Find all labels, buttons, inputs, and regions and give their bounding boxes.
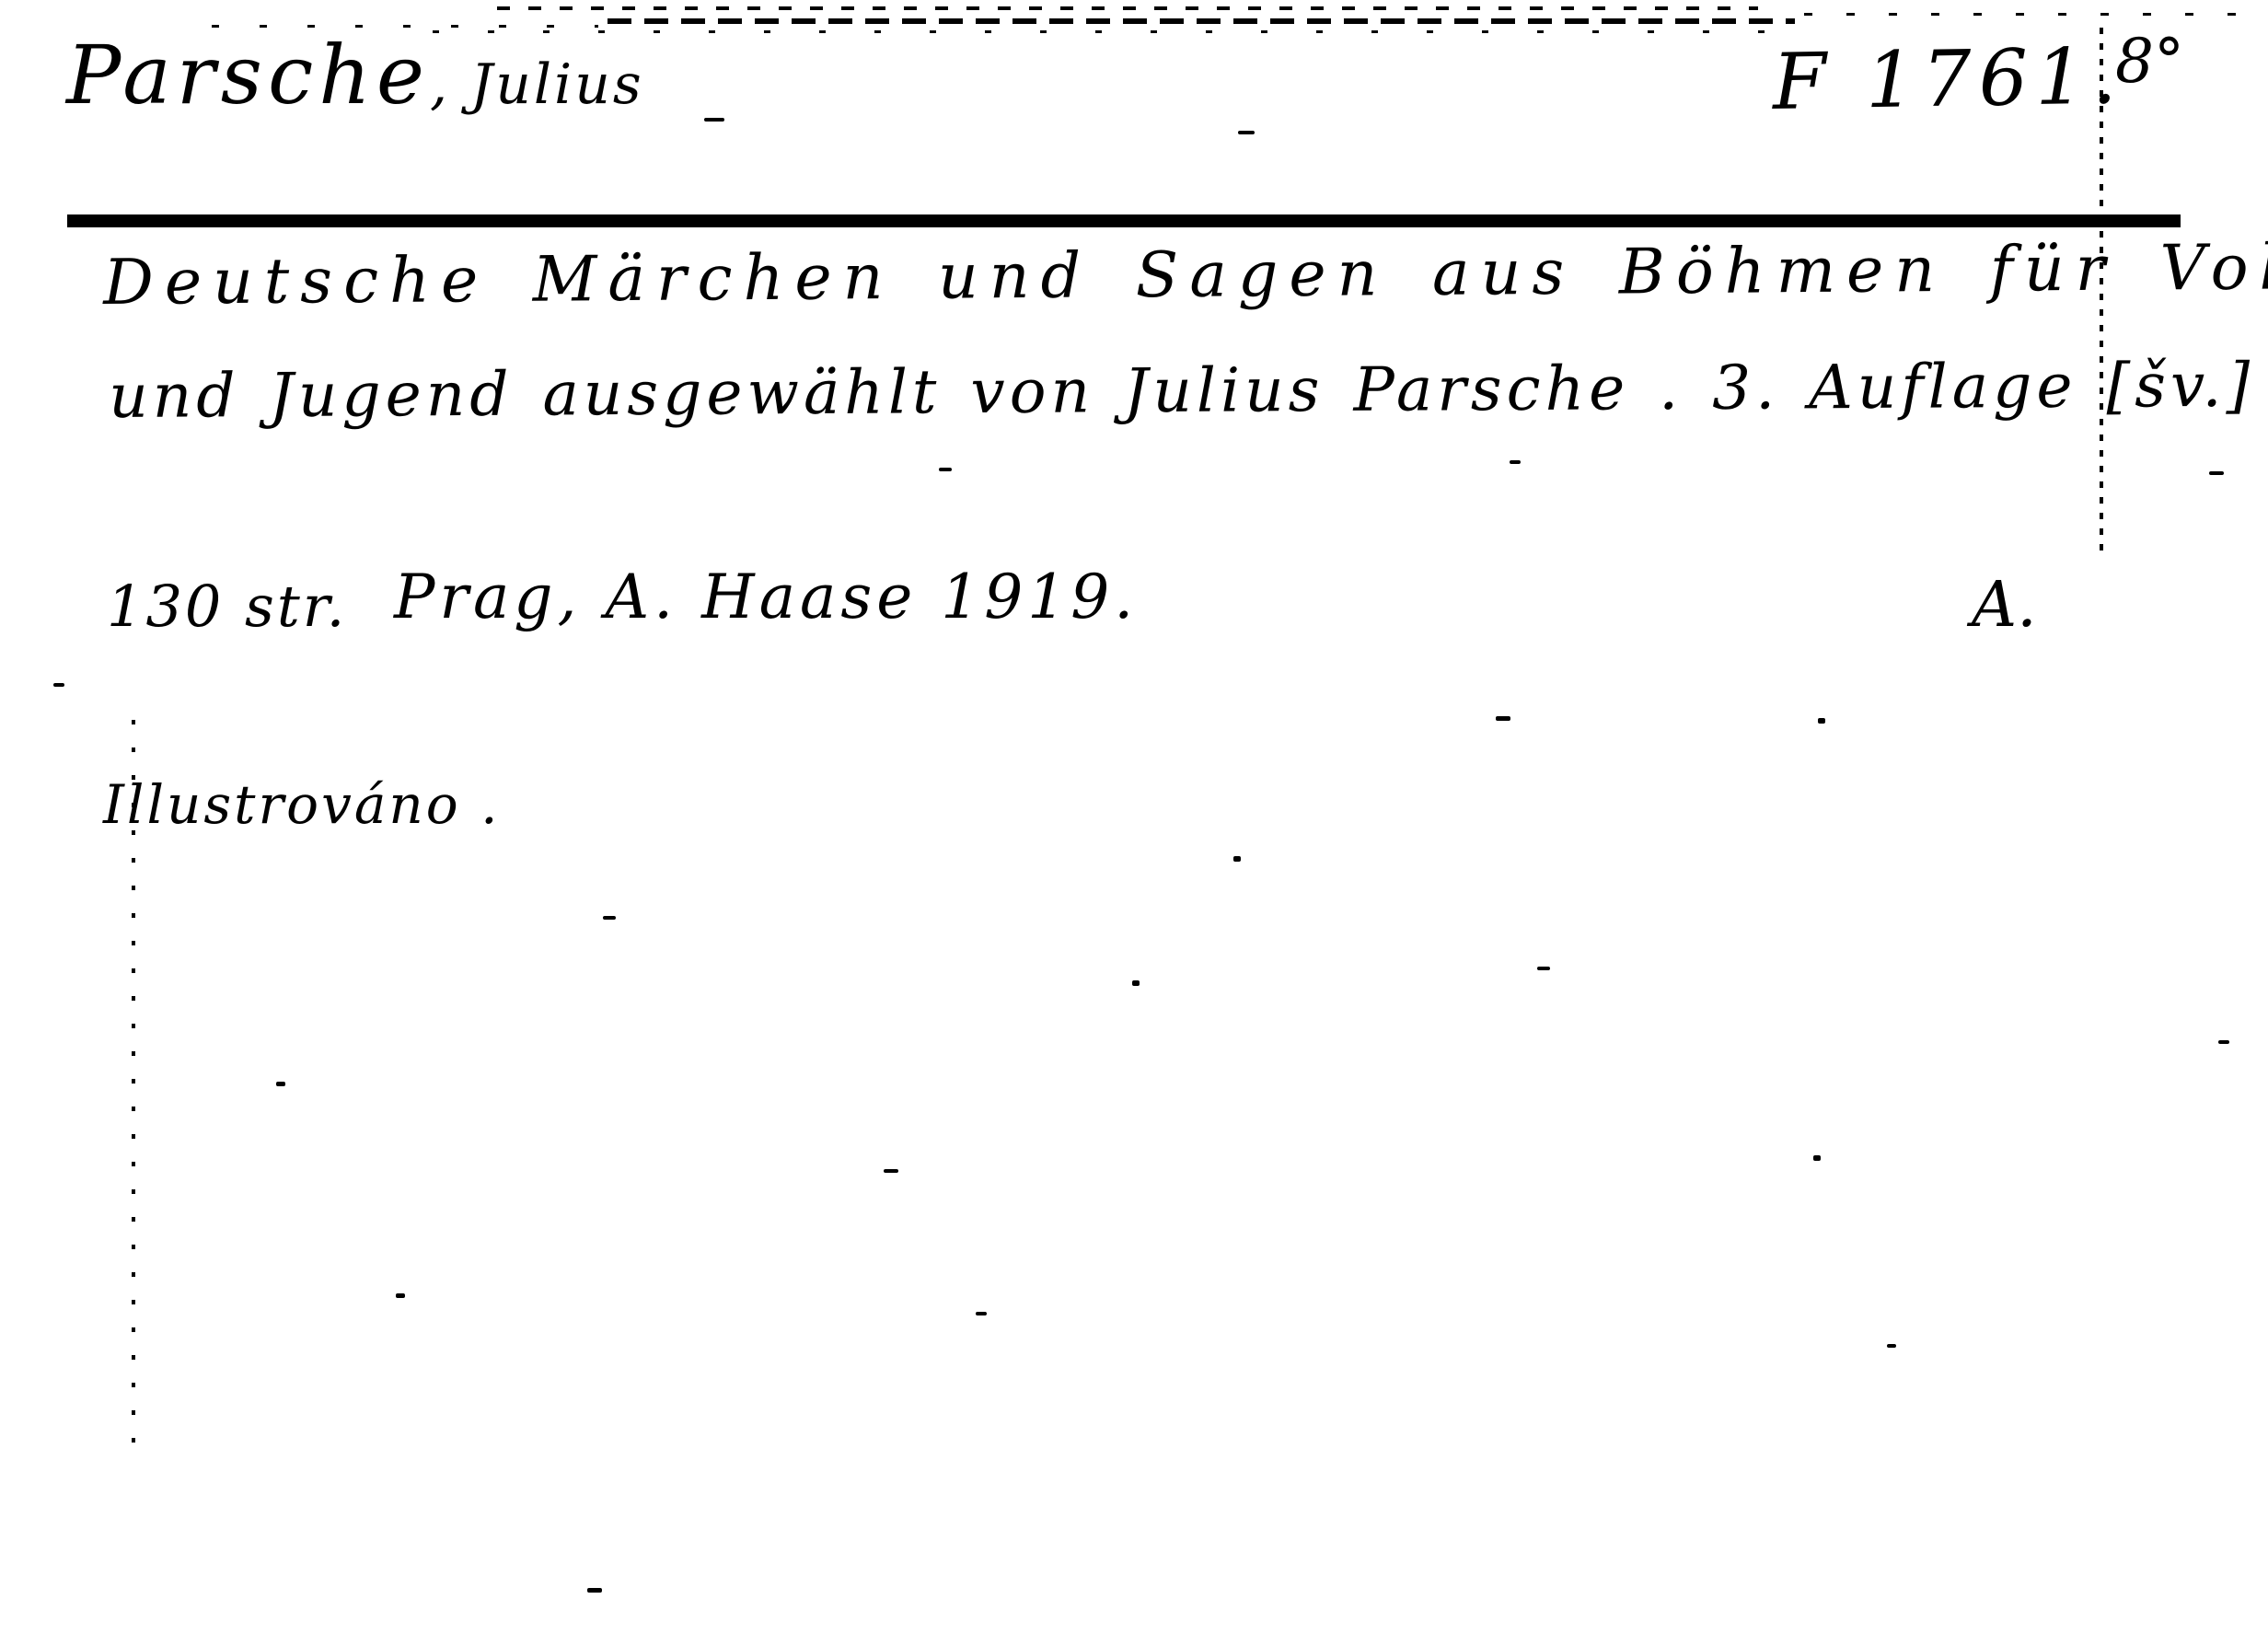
title-line-1: Deutsche Märchen und Sagen aus Böhmen fü… (103, 231, 2268, 319)
speck (2218, 1040, 2229, 1044)
author-given-name: , Julius (430, 52, 644, 117)
speck (1238, 131, 1255, 134)
shelfmark: F 1761. (1772, 30, 2124, 127)
speck (603, 916, 616, 920)
speck (1132, 980, 1140, 986)
author-surname: Parsche (66, 28, 430, 122)
speck (1813, 1155, 1821, 1161)
illustration-note: Illustrováno . (103, 773, 501, 836)
scan-noise-strip (497, 6, 1758, 10)
speck (1510, 460, 1521, 464)
speck (1818, 718, 1825, 724)
scan-noise-strip (1804, 13, 2260, 16)
speck (1537, 967, 1550, 970)
speck (276, 1082, 285, 1086)
speck (587, 1588, 602, 1593)
speck (704, 118, 724, 122)
title-line-2: und Jugend ausgewählt von Julius Parsche… (109, 350, 2254, 432)
speck (976, 1312, 987, 1315)
speck (1887, 1344, 1896, 1348)
author-heading: Parsche, Julius (66, 28, 644, 122)
speck (884, 1169, 898, 1173)
speck (1496, 716, 1510, 721)
scan-noise-strip (607, 18, 1795, 24)
speck (2209, 471, 2224, 475)
speck (396, 1293, 405, 1298)
imprint: Prag, A. Haase 1919. (394, 562, 1138, 632)
format-mark: 8° (2115, 26, 2184, 97)
collation: 130 str. (107, 573, 347, 640)
annotation-letter: A. (1972, 569, 2037, 642)
speck (939, 468, 952, 471)
catalog-card: Parsche, Julius F 1761. 8° Deutsche Märc… (0, 0, 2268, 1634)
divider-rule (67, 214, 2181, 227)
speck (53, 683, 64, 687)
speck (1233, 856, 1241, 862)
